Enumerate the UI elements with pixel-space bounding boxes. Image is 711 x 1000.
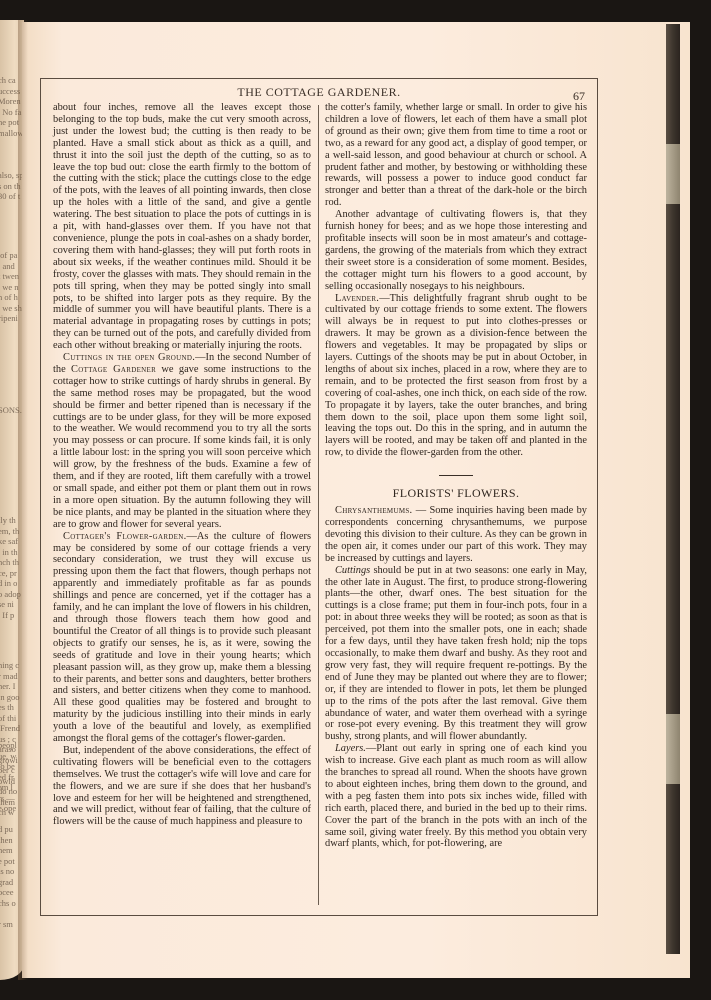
binding-corner-bottom bbox=[666, 714, 680, 784]
right-column: the cotter's family, whether large or sm… bbox=[325, 102, 587, 850]
paragraph-cottagers-flower-garden: Cottager's Flower-garden.—As the culture… bbox=[53, 531, 311, 745]
run-in-heading: Lavender. bbox=[335, 293, 379, 304]
left-column: about four inches, remove all the leaves… bbox=[53, 102, 311, 828]
running-head: THE COTTAGE GARDENER. bbox=[41, 85, 597, 100]
paragraph-honey-for-bees: Another advantage of cultivating flowers… bbox=[325, 209, 587, 292]
run-in-heading: Cuttings in the open Ground. bbox=[63, 352, 195, 363]
text-frame: THE COTTAGE GARDENER. 67 about four inch… bbox=[40, 78, 598, 916]
paragraph-cotters-family: the cotter's family, whether large or sm… bbox=[325, 102, 587, 209]
run-in-heading: Chrysanthemums. bbox=[335, 505, 412, 516]
paragraph-layers: Layers.—Plant out early in spring one of… bbox=[325, 743, 587, 850]
book-binding-edge bbox=[666, 24, 680, 954]
column-divider bbox=[318, 105, 319, 905]
run-in-heading: Cottager's Flower-garden. bbox=[63, 531, 186, 542]
paragraph-chrysanthemums: Chrysanthemums. — Some inquiries having … bbox=[325, 505, 587, 565]
binding-corner-top bbox=[666, 144, 680, 204]
gutter-shadow bbox=[18, 20, 28, 980]
run-in-heading: Layers. bbox=[335, 743, 366, 754]
section-divider bbox=[439, 475, 473, 476]
paragraph-cuttings: Cuttings should be put in at two seasons… bbox=[325, 565, 587, 744]
publication-title: Cottage Gardener bbox=[71, 364, 156, 375]
run-in-heading: Cuttings bbox=[335, 565, 370, 576]
section-title-florists-flowers: FLORISTS' FLOWERS. bbox=[325, 488, 587, 500]
paragraph-independent-considerations: But, independent of the above considerat… bbox=[53, 745, 311, 828]
paragraph-open-ground-cuttings: Cuttings in the open Ground.—In the seco… bbox=[53, 352, 311, 531]
paragraph-rose-cuttings: about four inches, remove all the leaves… bbox=[53, 102, 311, 352]
paragraph-lavender: Lavender.—This delightfully fragrant shr… bbox=[325, 293, 587, 460]
